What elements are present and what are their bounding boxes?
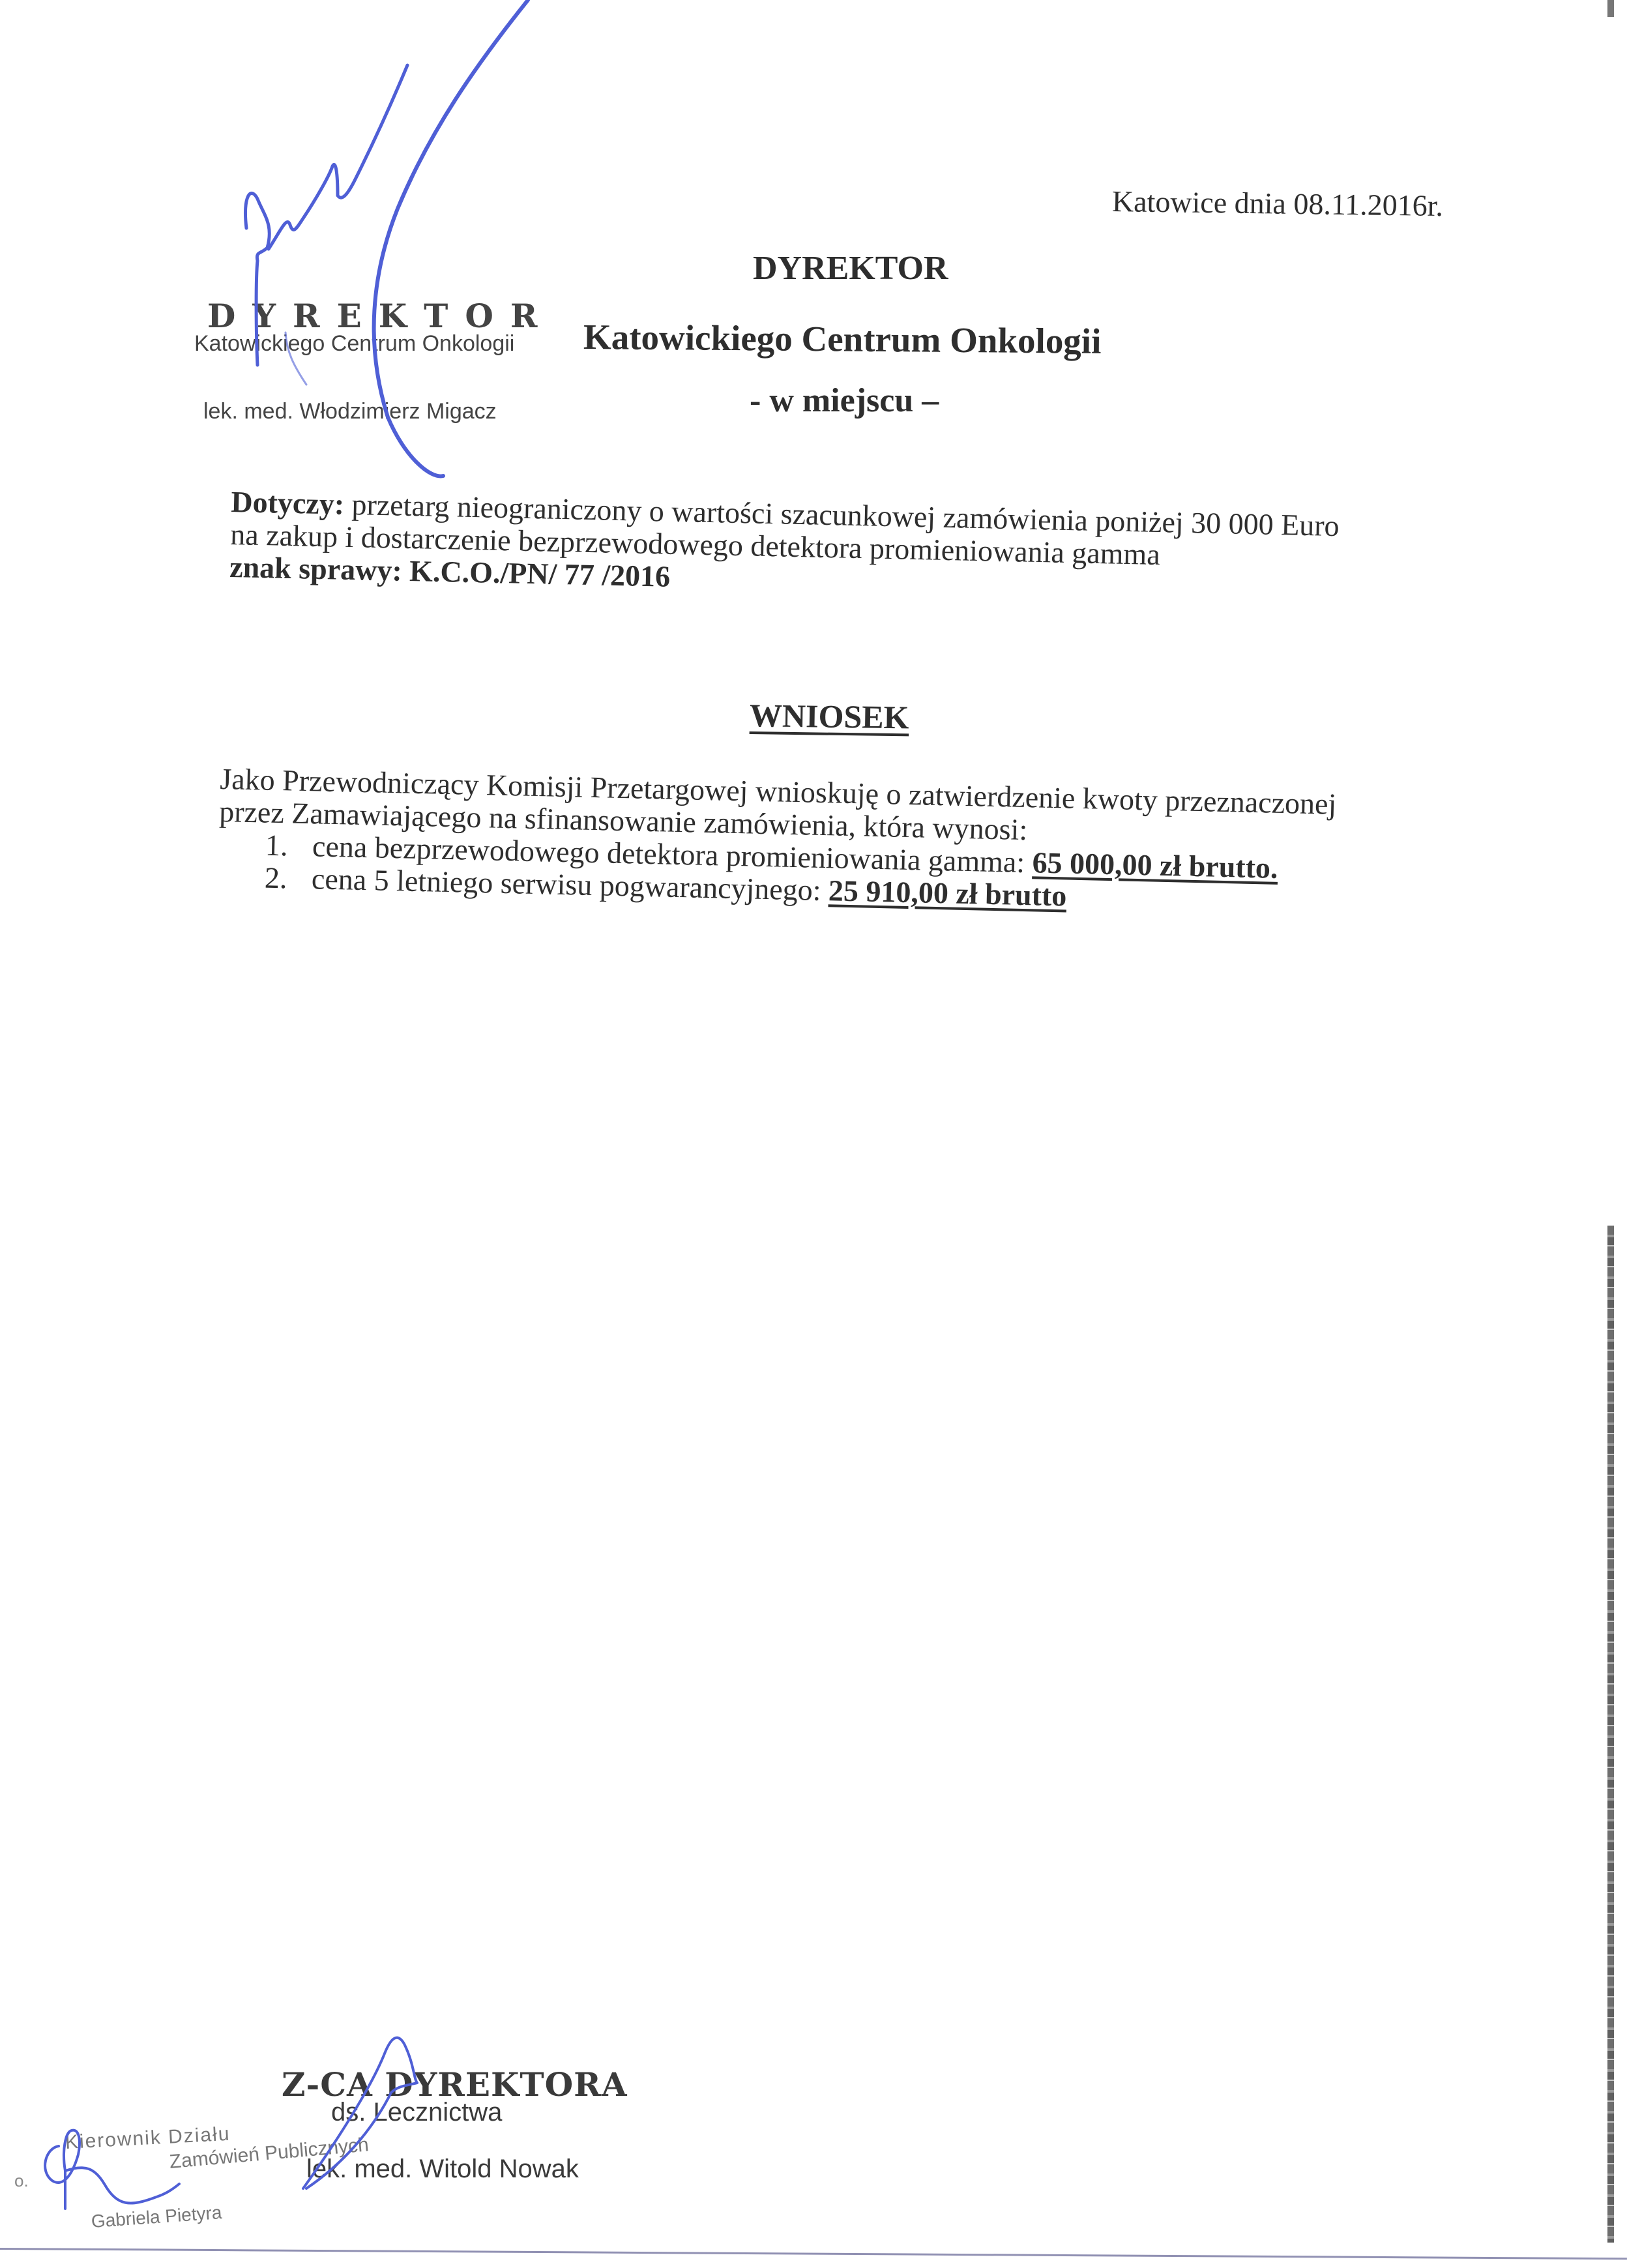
stamp-head-name: Gabriela Pietyra xyxy=(91,2202,223,2232)
scan-margin-artifact xyxy=(1607,1226,1614,2243)
addressee-title: DYREKTOR xyxy=(753,249,948,287)
subject-block: Dotyczy: przetarg nieograniczony o warto… xyxy=(229,486,1340,608)
document-heading: WNIOSEK xyxy=(750,696,909,736)
request-body: Jako Przewodniczący Komisji Przetargowej… xyxy=(217,763,1336,919)
list-item-amount: 25 910,00 zł brutto xyxy=(828,874,1066,912)
scan-margin-mark xyxy=(1607,0,1614,17)
stamp-head-prefix: o. xyxy=(14,2171,29,2191)
stamp-director-name: lek. med. Włodzimierz Migacz xyxy=(203,399,497,424)
addressee-place: - w miejscu – xyxy=(750,381,939,420)
stamp-deputy-name: lek. med. Witold Nowak xyxy=(306,2155,579,2184)
stamp-deputy-subtitle: ds. Lecznictwa xyxy=(331,2098,502,2127)
scan-edge-line xyxy=(0,2248,1627,2260)
place-date: Katowice dnia 08.11.2016r. xyxy=(1112,184,1444,223)
list-item-number: 1. xyxy=(265,829,313,863)
list-item-number: 2. xyxy=(264,862,312,896)
stamp-director-organization: Katowickiego Centrum Onkologii xyxy=(194,331,514,357)
addressee-organization: Katowickiego Centrum Onkologii xyxy=(583,316,1102,362)
subject-label: Dotyczy: xyxy=(231,485,345,521)
list-item-amount: 65 000,00 zł brutto. xyxy=(1032,846,1278,885)
stamp-director-title: DYREKTOR xyxy=(207,297,555,335)
